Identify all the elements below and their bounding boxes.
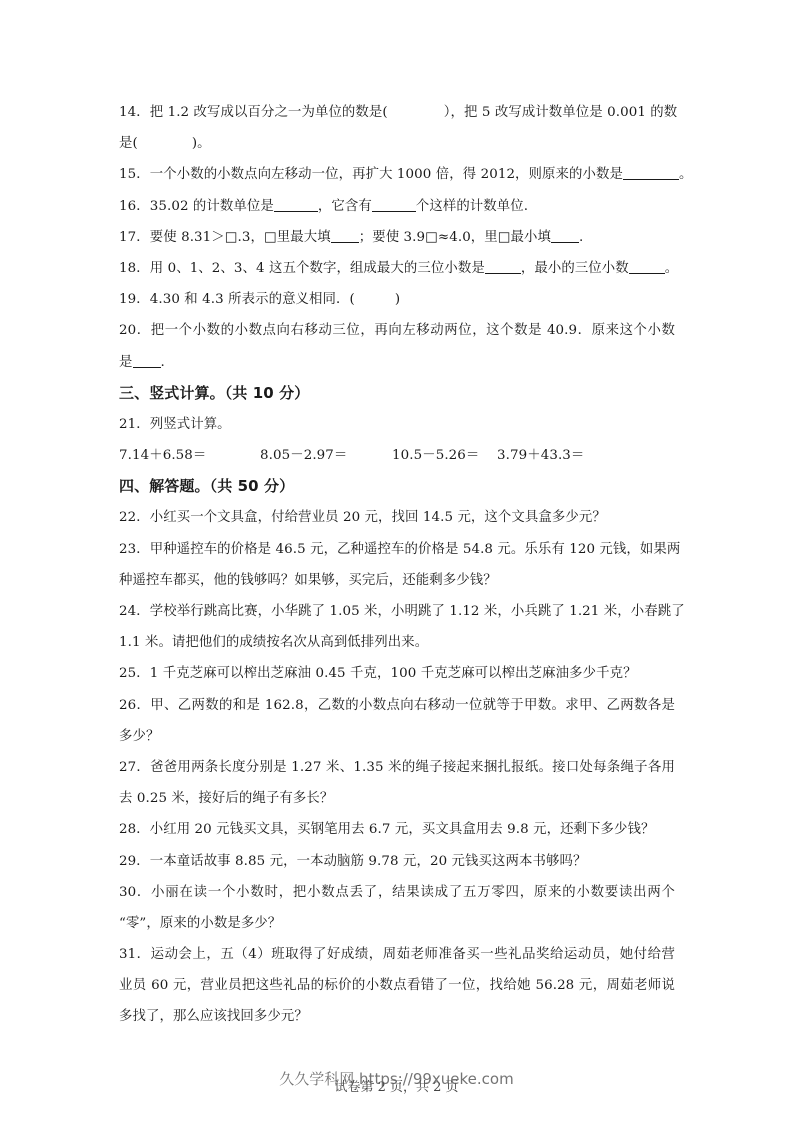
question-number: 29． xyxy=(119,854,150,869)
question-text: )。 xyxy=(192,136,211,151)
question-29: 29．一本童话故事 8.85 元，一本动脑筋 9.78 元，20 元钱买这两本书… xyxy=(119,846,675,877)
watermark: 久久学科网 https://99xueke.com xyxy=(0,1068,793,1089)
question-text: ；要使 3.9□≈4.0，里□最小填 xyxy=(359,230,551,245)
answer-blank xyxy=(372,197,416,212)
question-30-line-2: “零”，原来的小数是多少？ xyxy=(119,908,675,939)
question-17: 17．要使 8.31＞□.3，□里最大填；要使 3.9□≈4.0，里□最小填. xyxy=(119,222,675,253)
question-text: ，最小的三位小数 xyxy=(521,261,629,276)
question-text: 个这样的计数单位. xyxy=(416,199,528,214)
question-number: 26． xyxy=(119,698,150,713)
question-31-line-3: 多找了，那么应该找回多少元？ xyxy=(119,1001,675,1032)
question-number: 22． xyxy=(119,510,150,525)
question-27-line-2: 去 0.25 米，接好后的绳子有多长？ xyxy=(119,783,675,814)
question-18: 18．用 0、1、2、3、4 这五个数字，组成最大的三位小数是，最小的三位小数。 xyxy=(119,253,675,284)
question-23-line-1: 23．甲种遥控车的价格是 46.5 元，乙种遥控车的价格是 54.8 元。乐乐有… xyxy=(119,534,675,565)
question-text: 把 1.2 改写成以百分之一为单位的数是( xyxy=(150,105,388,120)
question-number: 14． xyxy=(119,105,150,120)
calc-item: 7.14＋6.58＝ xyxy=(119,440,260,471)
answer-blank xyxy=(629,259,665,274)
question-text: 学校举行跳高比赛，小华跳了 1.05 米，小明跳了 1.12 米，小兵跳了 1.… xyxy=(150,604,685,619)
question-22: 22．小红买一个文具盒，付给营业员 20 元，找回 14.5 元，这个文具盒多少… xyxy=(119,502,675,533)
question-number: 31． xyxy=(119,947,151,962)
question-14-line-1: 14．把 1.2 改写成以百分之一为单位的数是(），把 5 改写成计数单位是 0… xyxy=(119,97,675,128)
question-number: 20． xyxy=(119,323,151,338)
question-14-line-2: 是()。 xyxy=(119,128,675,159)
question-26-line-2: 多少？ xyxy=(119,721,675,752)
question-30-line-1: 30．小丽在读一个小数时，把小数点丢了，结果读成了五万零四，原来的小数要读出两个 xyxy=(119,877,675,908)
question-number: 25． xyxy=(119,666,150,681)
question-text: 4.30 和 4.3 所表示的意义相同．( xyxy=(150,292,355,307)
question-text: 运动会上，五（4）班取得了好成绩，周茹老师准备买一些礼品奖给运动员，她付给营 xyxy=(151,947,675,962)
question-15: 15．一个小数的小数点向左移动一位，再扩大 1000 倍，得 2012，则原来的… xyxy=(119,159,675,190)
question-31-line-1: 31．运动会上，五（4）班取得了好成绩，周茹老师准备买一些礼品奖给运动员，她付给… xyxy=(119,939,675,970)
answer-blank xyxy=(274,197,318,212)
question-text: 甲种遥控车的价格是 46.5 元，乙种遥控车的价格是 54.8 元。乐乐有 12… xyxy=(150,542,681,557)
question-text: 小红用 20 元钱买文具，买钢笔用去 6.7 元，买文具盒用去 9.8 元，还剩… xyxy=(150,822,655,837)
question-number: 24． xyxy=(119,604,150,619)
question-text: 。 xyxy=(665,261,679,276)
question-text: 35.02 的计数单位是 xyxy=(150,199,274,214)
question-number: 28． xyxy=(119,822,150,837)
question-23-line-2: 种遥控车都买，他的钱够吗？如果够，买完后，还能剩多少钱？ xyxy=(119,565,675,596)
question-number: 21． xyxy=(119,417,150,432)
question-text: 用 0、1、2、3、4 这五个数字，组成最大的三位小数是 xyxy=(150,261,485,276)
question-26-line-1: 26．甲、乙两数的和是 162.8，乙数的小数点向右移动一位就等于甲数。求甲、乙… xyxy=(119,690,675,721)
question-20-line-2: 是. xyxy=(119,347,675,378)
question-number: 16． xyxy=(119,199,150,214)
question-number: 30． xyxy=(119,885,151,900)
section-3-heading: 三、竖式计算。（共 10 分） xyxy=(119,378,675,409)
answer-blank xyxy=(133,353,161,368)
question-31-line-2: 业员 60 元，营业员把这些礼品的标价的小数点看错了一位，找给她 56.28 元… xyxy=(119,970,675,1001)
question-text: 一个小数的小数点向左移动一位，再扩大 1000 倍，得 2012，则原来的小数是 xyxy=(150,167,623,182)
question-text: 一本童话故事 8.85 元，一本动脑筋 9.78 元，20 元钱买这两本书够吗？ xyxy=(150,854,587,869)
question-text: 小红买一个文具盒，付给营业员 20 元，找回 14.5 元，这个文具盒多少元？ xyxy=(150,510,606,525)
question-number: 15． xyxy=(119,167,150,182)
calc-item: 3.79＋43.3＝ xyxy=(497,440,584,471)
question-text: 爸爸用两条长度分别是 1.27 米、1.35 米的绳子接起来捆扎报纸。接口处每条… xyxy=(150,760,675,775)
calculation-row: 7.14＋6.58＝ 8.05－2.97＝ 10.5－5.26＝ 3.79＋43… xyxy=(119,440,675,471)
question-text: . xyxy=(579,230,583,245)
answer-blank xyxy=(551,228,579,243)
question-25: 25．1 千克芝麻可以榨出芝麻油 0.45 千克，100 千克芝麻可以榨出芝麻油… xyxy=(119,658,675,689)
question-20-line-1: 20．把一个小数的小数点向右移动三位，再向左移动两位，这个数是 40.9．原来这… xyxy=(119,315,675,346)
question-number: 27． xyxy=(119,760,150,775)
question-21: 21．列竖式计算。 xyxy=(119,409,675,440)
question-text: ) xyxy=(395,292,400,307)
question-number: 17． xyxy=(119,230,150,245)
answer-blank xyxy=(331,228,359,243)
calc-item: 10.5－5.26＝ xyxy=(392,440,497,471)
question-24-line-1: 24．学校举行跳高比赛，小华跳了 1.05 米，小明跳了 1.12 米，小兵跳了… xyxy=(119,596,675,627)
question-text: 列竖式计算。 xyxy=(150,417,231,432)
answer-blank xyxy=(623,165,679,180)
question-text: 是 xyxy=(119,355,133,370)
exam-page: 14．把 1.2 改写成以百分之一为单位的数是(），把 5 改写成计数单位是 0… xyxy=(119,97,675,1033)
question-27-line-1: 27．爸爸用两条长度分别是 1.27 米、1.35 米的绳子接起来捆扎报纸。接口… xyxy=(119,752,675,783)
question-text: 。 xyxy=(679,167,693,182)
question-24-line-2: 1.1 米。请把他们的成绩按名次从高到低排列出来。 xyxy=(119,627,675,658)
question-16: 16．35.02 的计数单位是，它含有个这样的计数单位. xyxy=(119,191,675,222)
question-text: . xyxy=(161,355,165,370)
question-19: 19．4.30 和 4.3 所表示的意义相同．() xyxy=(119,284,675,315)
question-text: ，它含有 xyxy=(318,199,372,214)
question-text: 是( xyxy=(119,136,138,151)
question-number: 19． xyxy=(119,292,150,307)
answer-blank xyxy=(485,259,521,274)
question-number: 18． xyxy=(119,261,150,276)
question-text: 1 千克芝麻可以榨出芝麻油 0.45 千克，100 千克芝麻可以榨出芝麻油多少千… xyxy=(150,666,637,681)
question-text: ），把 5 改写成计数单位是 0.001 的数 xyxy=(444,105,678,120)
section-4-heading: 四、解答题。（共 50 分） xyxy=(119,471,675,502)
question-text: 甲、乙两数的和是 162.8，乙数的小数点向右移动一位就等于甲数。求甲、乙两数各… xyxy=(150,698,675,713)
question-number: 23． xyxy=(119,542,150,557)
question-text: 要使 8.31＞□.3，□里最大填 xyxy=(150,230,331,245)
calc-item: 8.05－2.97＝ xyxy=(260,440,392,471)
question-text: 把一个小数的小数点向右移动三位，再向左移动两位，这个数是 40.9．原来这个小数 xyxy=(151,323,675,338)
question-28: 28．小红用 20 元钱买文具，买钢笔用去 6.7 元，买文具盒用去 9.8 元… xyxy=(119,814,675,845)
question-text: 小丽在读一个小数时，把小数点丢了，结果读成了五万零四，原来的小数要读出两个 xyxy=(151,885,675,900)
